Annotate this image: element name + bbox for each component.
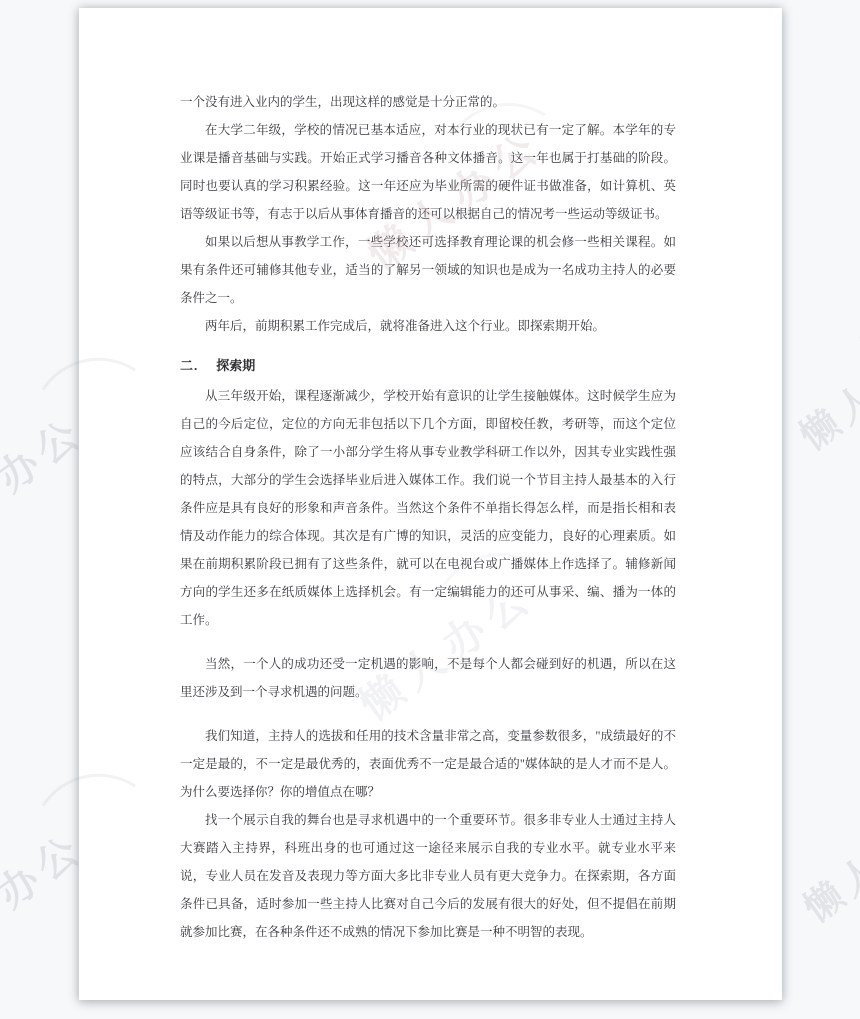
watermark-brand-text: 懒人办 [786,338,860,460]
section-title: 探索期 [216,352,255,380]
paragraph: 从三年级开始，课程逐渐减少，学校开始有意识的让学生接触媒体。这时候学生应为自己的… [180,382,676,634]
document-page: 一个没有进入业内的学生，出现这样的感觉是十分正常的。 在大学二年级，学校的情况已… [79,8,782,1000]
paragraph: 在大学二年级，学校的情况已基本适应，对本行业的现状已有一定了解。本学年的专业课是… [180,116,676,228]
section-heading: 二. 探索期 [180,352,676,380]
watermark-brand-text: 懒人办 [790,810,860,932]
document-content: 一个没有进入业内的学生，出现这样的感觉是十分正常的。 在大学二年级，学校的情况已… [180,88,676,946]
section-number: 二. [180,352,198,380]
paragraph: 两年后，前期积累工作完成后，就将准备进入这个行业。即探索期开始。 [180,312,676,340]
paragraph: 我们知道，主持人的选拔和任用的技术含量非常之高，变量参数很多，"成绩最好的不一定… [180,722,676,806]
paragraph: 一个没有进入业内的学生，出现这样的感觉是十分正常的。 [180,88,676,116]
paragraph: 如果以后想从事教学工作，一些学校还可选择教育理论课的机会修一些相关课程。如果有条… [180,228,676,312]
paragraph: 找一个展示自我的舞台也是寻求机遇中的一个重要环节。很多非专业人士通过主持人大赛踏… [180,806,676,946]
paragraph: 当然，一个人的成功还受一定机遇的影响，不是每个人都会碰到好的机遇，所以在这里还涉… [180,650,676,706]
